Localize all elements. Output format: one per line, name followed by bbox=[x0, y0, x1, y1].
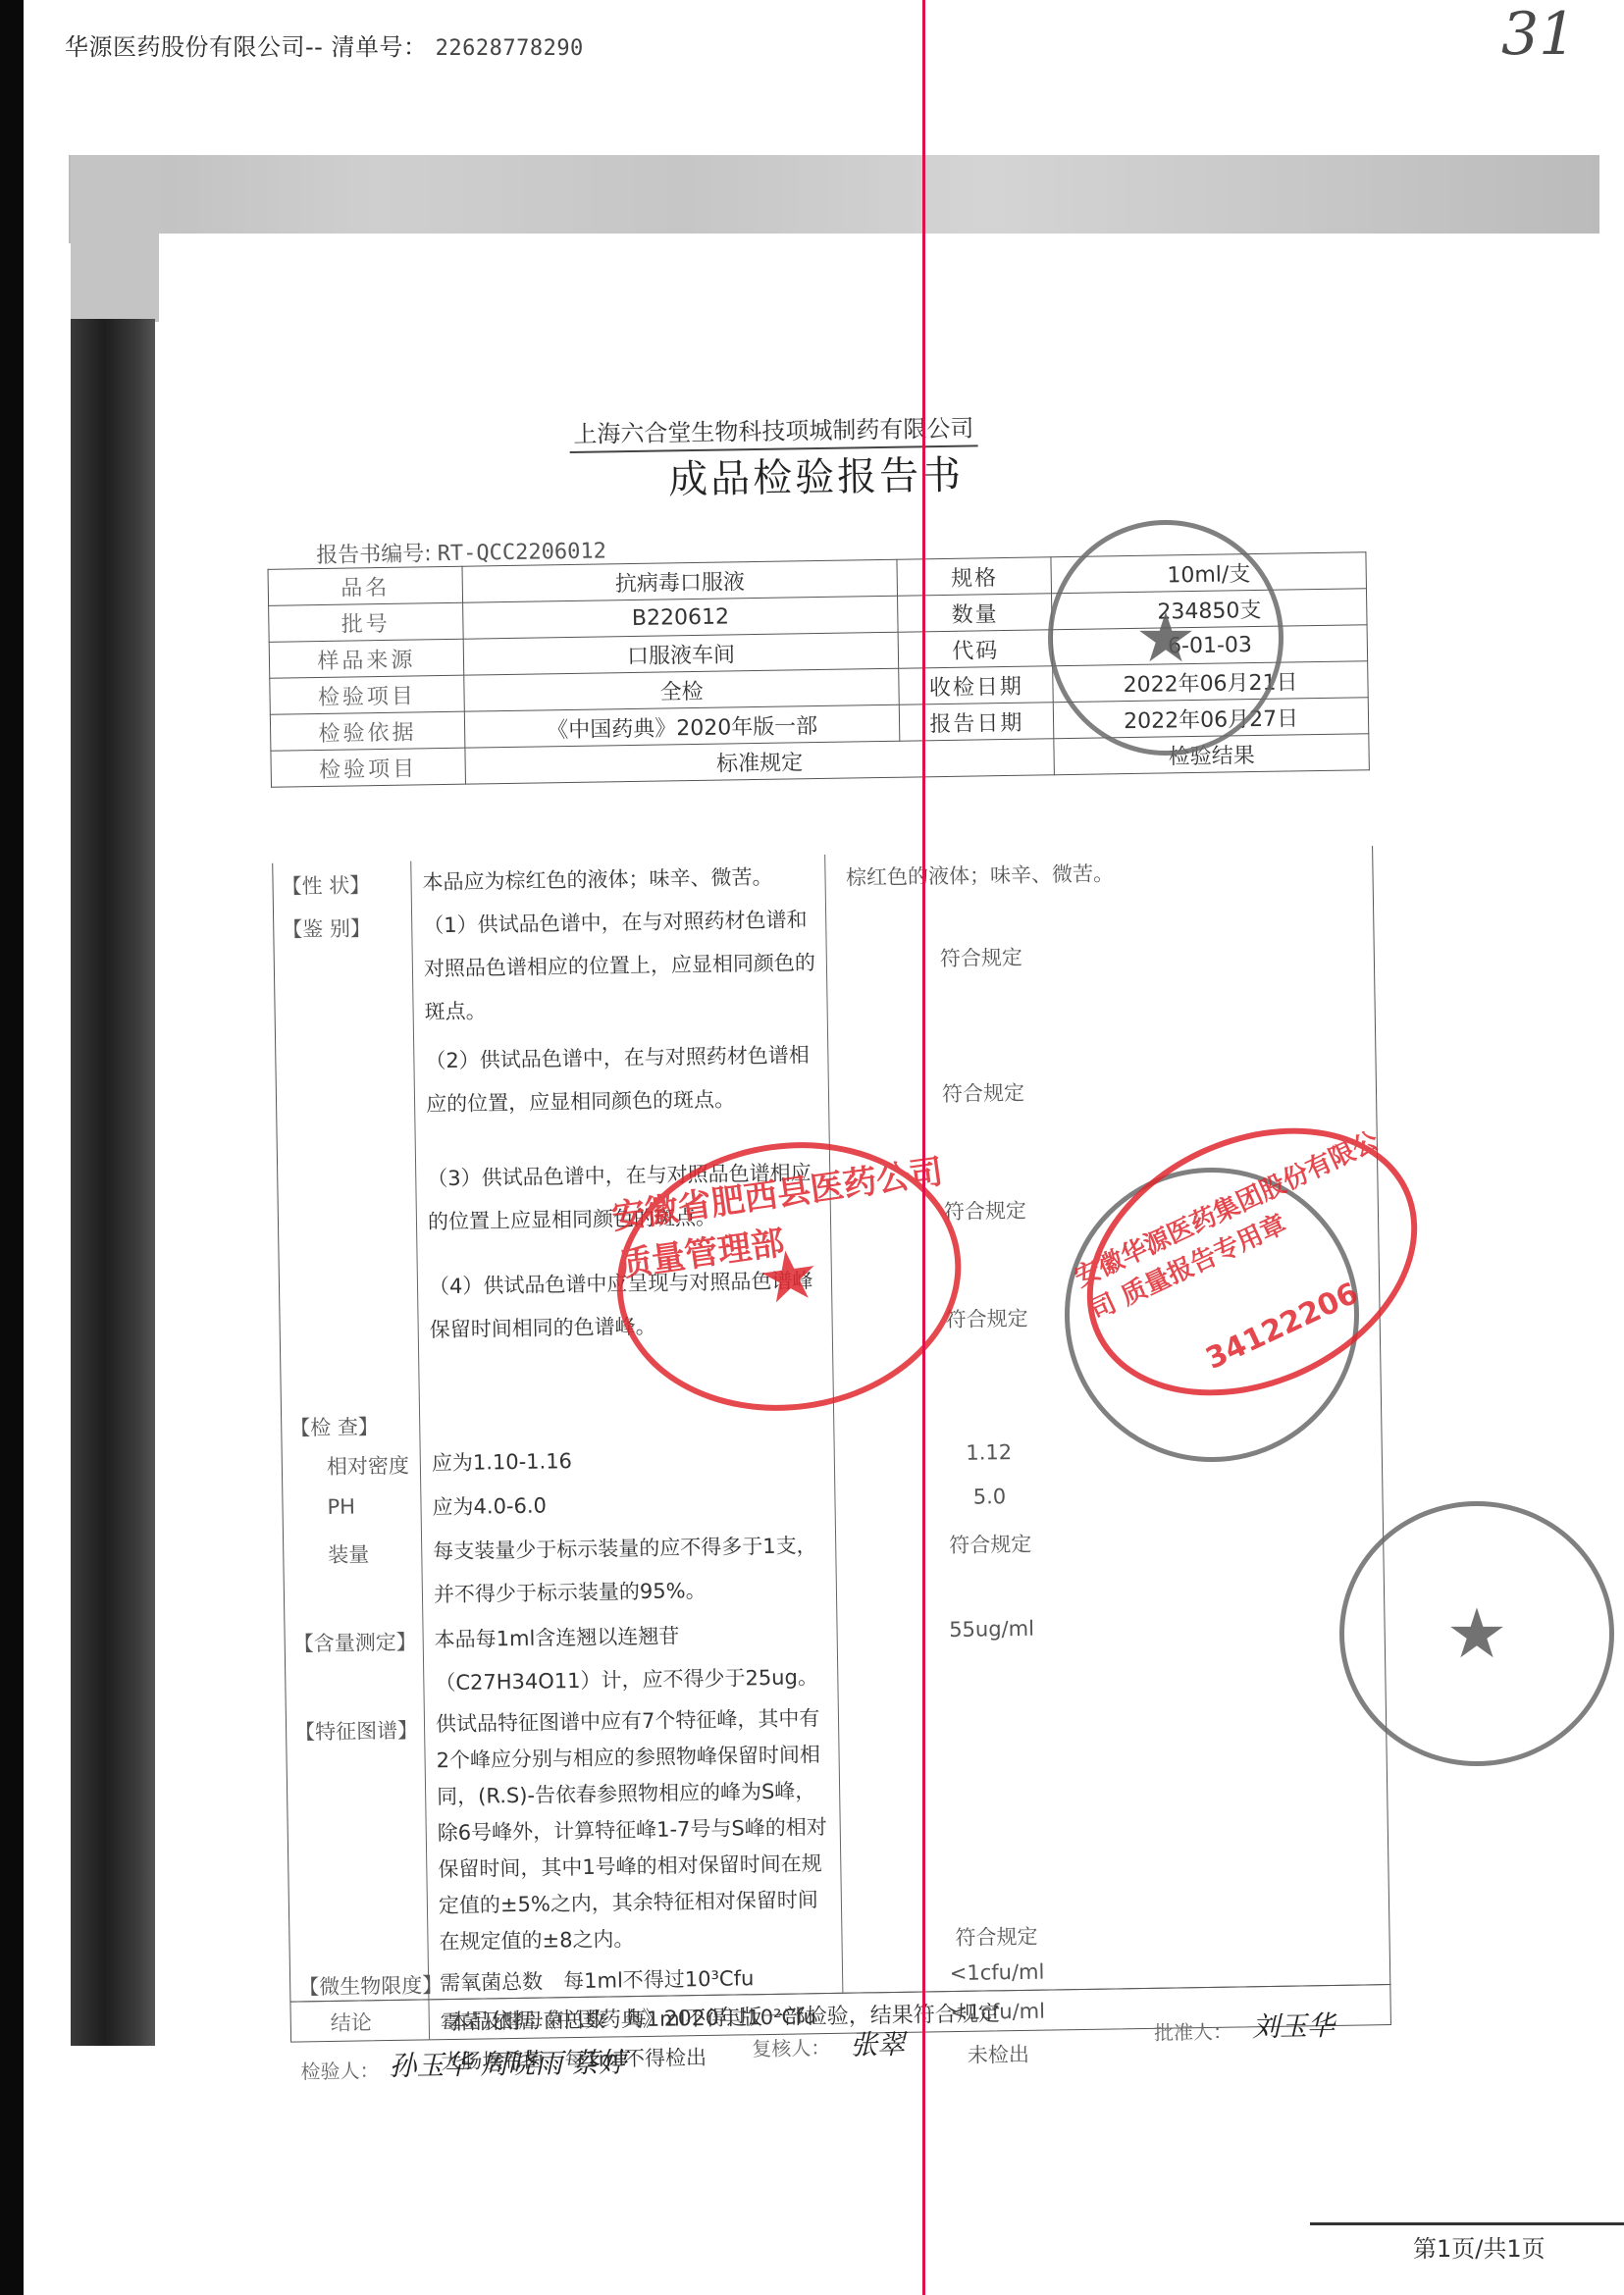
conclusion-text: 本品依据《中国药典》2020年版一部检验，结果符合规定 bbox=[448, 1997, 1000, 2036]
section-result: 55ug/ml bbox=[844, 1615, 1138, 1643]
approver-signature: 刘玉华 bbox=[1252, 2005, 1336, 2045]
scan-shadow-top bbox=[69, 155, 1599, 243]
inspector-label: 检验人： bbox=[300, 2055, 379, 2084]
scan-shadow-left bbox=[71, 155, 164, 322]
section-item-label: 【微生物限度】 bbox=[298, 1969, 443, 2001]
column-divider bbox=[428, 2000, 430, 2039]
section-standard: 本品每1ml含连翘以连翘苷（C27H34O11）计，应不得少于25ug。 bbox=[434, 1612, 827, 1704]
header-company: 华源医药股份有限公司-- bbox=[65, 33, 323, 61]
section-result: 符合规定 bbox=[834, 940, 1128, 974]
section-standard: 应为1.10-1.16 bbox=[432, 1435, 825, 1485]
red-margin-line bbox=[922, 0, 925, 2295]
scan-border bbox=[0, 0, 24, 2295]
section-item-label: 相对密度 bbox=[327, 1450, 409, 1481]
section-standard: （2）供试品色谱中，在与对照药材色谱相应的位置，应显相同颜色的斑点。 bbox=[425, 1033, 818, 1125]
footer-rule bbox=[1310, 2222, 1624, 2225]
section-item-label: 【鉴 别】 bbox=[282, 913, 371, 943]
approver-label: 批准人： bbox=[1154, 2016, 1232, 2046]
section-item-label: 装量 bbox=[328, 1539, 369, 1569]
section-standard: 供试品特征图谱中应有7个特征峰，其中有2个峰应分别与相应的参照物峰保留时间相同，… bbox=[436, 1700, 832, 1960]
scan-shadow-left-dark bbox=[71, 319, 155, 2046]
reviewer-label: 复核人： bbox=[752, 2032, 830, 2061]
report-title: 成品检验报告书 bbox=[668, 444, 965, 505]
section-item-label: 【检 查】 bbox=[289, 1411, 379, 1441]
info-label: 数量 bbox=[898, 594, 1052, 632]
column-header-item: 检验项目 bbox=[271, 748, 465, 787]
report-number-value: RT-QCC2206012 bbox=[438, 539, 607, 566]
star-icon: ★ bbox=[1135, 603, 1197, 672]
section-item-label: 【含量测定】 bbox=[292, 1627, 416, 1658]
section-result: <1cfu/ml bbox=[850, 1958, 1144, 1987]
info-label: 规格 bbox=[897, 557, 1051, 596]
star-icon: ★ bbox=[1446, 1599, 1508, 1668]
info-label: 品名 bbox=[268, 566, 462, 605]
section-item-label: 【性 状】 bbox=[281, 869, 370, 900]
info-label: 检验项目 bbox=[270, 675, 464, 714]
section-standard: 应为4.0-6.0 bbox=[432, 1480, 825, 1529]
info-label: 检验依据 bbox=[270, 711, 464, 751]
list-header: 华源医药股份有限公司-- 清单号： 22628778290 bbox=[65, 27, 584, 62]
section-result: 1.12 bbox=[842, 1438, 1136, 1467]
info-label: 批号 bbox=[269, 602, 463, 642]
conclusion-label: 结论 bbox=[331, 2007, 372, 2037]
section-result: 符合规定 bbox=[843, 1527, 1137, 1561]
handwritten-page-number: 31 bbox=[1501, 0, 1576, 69]
info-label: 样品来源 bbox=[269, 639, 463, 678]
page-indicator: 第1页/共1页 bbox=[1413, 2229, 1545, 2264]
list-label: 清单号： bbox=[331, 33, 427, 61]
section-result: 符合规定 bbox=[849, 1919, 1143, 1954]
section-item-label: PH bbox=[327, 1495, 355, 1519]
report-number-label: 报告书编号: bbox=[316, 542, 432, 568]
gray-stamp-right: ★ bbox=[1339, 1501, 1614, 1766]
section-item-label: 【特征图谱】 bbox=[294, 1715, 418, 1747]
reviewer-signature: 张翠 bbox=[850, 2023, 906, 2063]
section-result: 棕红色的液体；味辛、微苦。 bbox=[832, 858, 1126, 892]
section-standard: 本品应为棕红色的液体；味辛、微苦。 bbox=[422, 855, 815, 904]
inspector-signature: 孙玉华 周晓雨 蔡婷 bbox=[389, 2041, 626, 2084]
section-result: 符合规定 bbox=[836, 1075, 1130, 1110]
section-result: 5.0 bbox=[842, 1483, 1136, 1511]
gray-stamp-top: ★ bbox=[1048, 520, 1283, 756]
list-number: 22628778290 bbox=[436, 36, 584, 61]
section-standard: （1）供试品色谱中，在与对照药材色谱和对照品色谱相应的位置上，应显相同颜色的斑点… bbox=[423, 898, 817, 1033]
section-standard: 每支装量少于标示装量的应不得多于1支，并不得少于标示装量的95%。 bbox=[433, 1524, 826, 1616]
